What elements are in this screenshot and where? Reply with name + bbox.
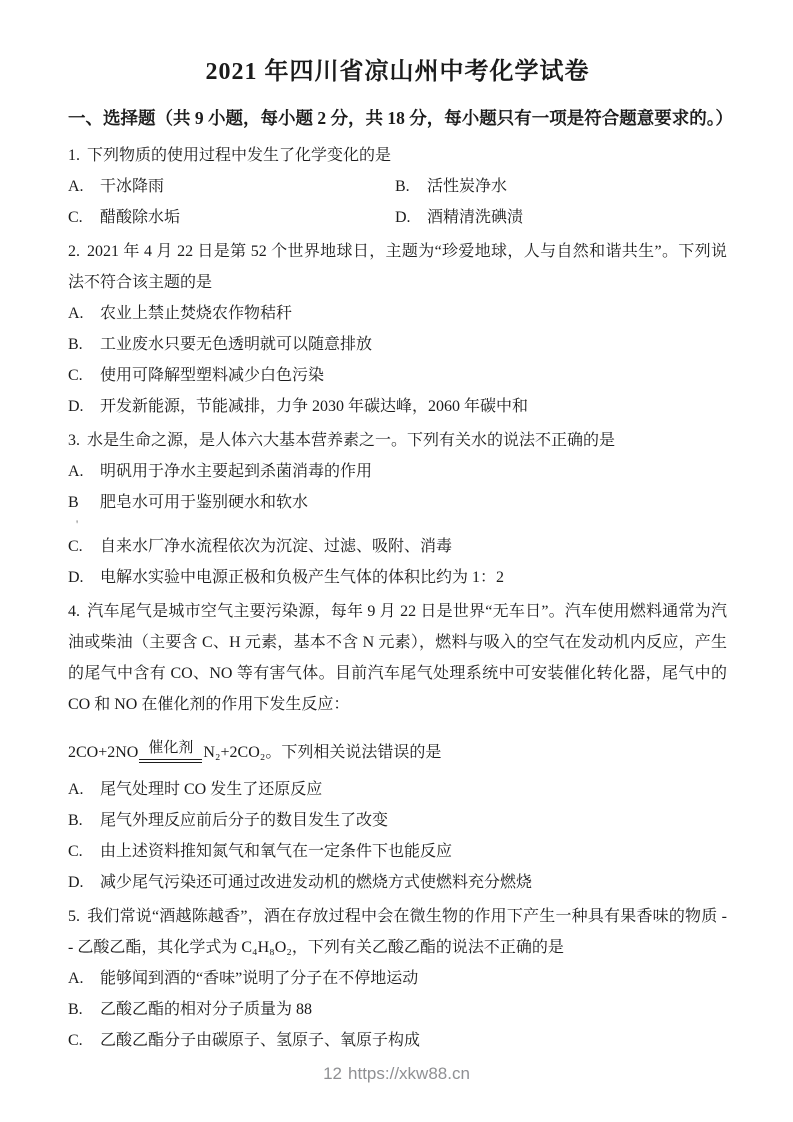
option-text: 尾气外理反应前后分子的数目发生了改变 — [100, 812, 388, 829]
question-3: 3.水是生命之源，是人体六大基本营养素之一。下列有关水的说法不正确的是 A.明矾… — [68, 425, 727, 593]
option-text: 由上述资料推知氮气和氧气在一定条件下也能反应 — [100, 843, 452, 860]
footer-url: https://xkw88.cn — [348, 1064, 470, 1083]
option-text: 明矾用于净水主要起到杀菌消毒的作用 — [100, 463, 372, 480]
equation-right: N₂+2CO₂。下列相关说法错误的是 — [203, 744, 441, 761]
question-2: 2.2021 年 4 月 22 日是第 52 个世界地球日，主题为“珍爱地球，人… — [68, 236, 727, 422]
question-number: 1. — [68, 147, 80, 164]
option-row: B.活性炭净水 — [395, 171, 727, 202]
page-number: 12 — [323, 1064, 342, 1083]
exam-page: 2021 年四川省凉山州中考化学试卷 一、选择题（共 9 小题，每小题 2 分，… — [0, 0, 793, 1122]
option-text: 工业废水只要无色透明就可以随意排放 — [100, 336, 372, 353]
option-row: B肥皂水可用于鉴别硬水和软水 — [68, 487, 727, 518]
question-stem: 5.我们常说“酒越陈越香”，酒在存放过程中会在微生物的作用下产生一种具有果香味的… — [68, 901, 727, 963]
option-row: C.醋酸除水垢 — [68, 202, 395, 233]
option-label: C. — [68, 836, 92, 867]
options-list: A.能够闻到酒的“香味”说明了分子在不停地运动 B.乙酸乙酯的相对分子质量为 8… — [68, 963, 727, 1056]
option-label: C. — [68, 202, 92, 233]
option-label: B. — [395, 171, 419, 202]
option-label: D. — [68, 391, 92, 422]
option-row: C.自来水厂净水流程依次为沉淀、过滤、吸附、消毒 — [68, 531, 727, 562]
option-row: D.开发新能源，节能减排，力争 2030 年碳达峰，2060 年碳中和 — [68, 391, 727, 422]
option-text: 活性炭净水 — [427, 178, 507, 195]
option-row: A.干冰降雨 — [68, 171, 395, 202]
equation-left: 2CO+2NO — [68, 744, 138, 761]
option-label: B. — [68, 805, 92, 836]
option-row: A.农业上禁止焚烧农作物秸秆 — [68, 298, 727, 329]
option-text: 农业上禁止焚烧农作物秸秆 — [100, 305, 292, 322]
question-stem-text: 2021 年 4 月 22 日是第 52 个世界地球日，主题为“珍爱地球，人与自… — [68, 243, 727, 291]
option-text: 减少尾气污染还可通过改进发动机的燃烧方式使燃料充分燃烧 — [100, 874, 532, 891]
question-stem-text: 水是生命之源，是人体六大基本营养素之一。下列有关水的说法不正确的是 — [87, 432, 615, 449]
option-row: A.尾气处理时 CO 发生了还原反应 — [68, 774, 727, 805]
question-stem-text: 汽车尾气是城市空气主要污染源，每年 9 月 22 日是世界“无车日”。汽车使用燃… — [68, 603, 727, 713]
option-row: D.减少尾气污染还可通过改进发动机的燃烧方式使燃料充分燃烧 — [68, 867, 727, 898]
option-row: C.使用可降解型塑料减少白色污染 — [68, 360, 727, 391]
options-list: A.农业上禁止焚烧农作物秸秆 B.工业废水只要无色透明就可以随意排放 C.使用可… — [68, 298, 727, 422]
question-stem: 1.下列物质的使用过程中发生了化学变化的是 — [68, 140, 727, 171]
question-stem-text: 我们常说“酒越陈越香”，酒在存放过程中会在微生物的作用下产生一种具有果香味的物质… — [68, 908, 727, 956]
question-number: 5. — [68, 908, 80, 925]
option-label: A. — [68, 456, 92, 487]
option-text: 干冰降雨 — [100, 178, 164, 195]
options-grid: A.干冰降雨 B.活性炭净水 C.醋酸除水垢 D.酒精清洗碘渍 — [68, 171, 727, 233]
section-header: 一、选择题（共 9 小题，每小题 2 分，共 18 分，每小题只有一项是符合题意… — [68, 103, 727, 134]
option-row: A.明矾用于净水主要起到杀菌消毒的作用 — [68, 456, 727, 487]
question-stem: 3.水是生命之源，是人体六大基本营养素之一。下列有关水的说法不正确的是 — [68, 425, 727, 456]
question-number: 4. — [68, 603, 80, 620]
option-label: A. — [68, 171, 92, 202]
option-label: A. — [68, 298, 92, 329]
option-text: 能够闻到酒的“香味”说明了分子在不停地运动 — [100, 970, 418, 987]
option-text: 尾气处理时 CO 发生了还原反应 — [100, 781, 322, 798]
option-label: D. — [68, 562, 92, 593]
option-text: 自来水厂净水流程依次为沉淀、过滤、吸附、消毒 — [100, 538, 452, 555]
option-label: B. — [68, 329, 92, 360]
option-label: C. — [68, 1025, 92, 1056]
option-row: C.乙酸乙酯分子由碳原子、氢原子、氧原子构成 — [68, 1025, 727, 1056]
option-label: A. — [68, 963, 92, 994]
option-row: D.酒精清洗碘渍 — [395, 202, 727, 233]
option-label: D. — [395, 202, 419, 233]
option-label: C. — [68, 360, 92, 391]
catalyst-condition: 催化剂 — [139, 739, 202, 763]
option-row: D.电解水实验中电源正极和负极产生气体的体积比约为 1：2 — [68, 562, 727, 593]
option-label: D. — [68, 867, 92, 898]
question-stem: 4.汽车尾气是城市空气主要污染源，每年 9 月 22 日是世界“无车日”。汽车使… — [68, 596, 727, 720]
question-stem: 2.2021 年 4 月 22 日是第 52 个世界地球日，主题为“珍爱地球，人… — [68, 236, 727, 298]
question-stem-text: 下列物质的使用过程中发生了化学变化的是 — [87, 147, 391, 164]
option-row: C.由上述资料推知氮气和氧气在一定条件下也能反应 — [68, 836, 727, 867]
page-title: 2021 年四川省凉山州中考化学试卷 — [68, 56, 727, 88]
option-text: 电解水实验中电源正极和负极产生气体的体积比约为 1：2 — [100, 569, 504, 586]
option-text: 醋酸除水垢 — [100, 209, 180, 226]
option-label: A. — [68, 774, 92, 805]
options-list: A.尾气处理时 CO 发生了还原反应 B.尾气外理反应前后分子的数目发生了改变 … — [68, 774, 727, 898]
option-text: 使用可降解型塑料减少白色污染 — [100, 367, 324, 384]
option-row: A.能够闻到酒的“香味”说明了分子在不停地运动 — [68, 963, 727, 994]
option-label: B. — [68, 994, 92, 1025]
option-text: 乙酸乙酯分子由碳原子、氢原子、氧原子构成 — [100, 1032, 420, 1049]
stray-mark: ' — [68, 518, 727, 531]
option-row: B.尾气外理反应前后分子的数目发生了改变 — [68, 805, 727, 836]
question-number: 2. — [68, 243, 80, 260]
page-footer: 12https://xkw88.cn — [0, 1064, 793, 1084]
option-label: B — [68, 487, 92, 518]
option-text: 开发新能源，节能减排，力争 2030 年碳达峰，2060 年碳中和 — [100, 398, 528, 415]
question-5: 5.我们常说“酒越陈越香”，酒在存放过程中会在微生物的作用下产生一种具有果香味的… — [68, 901, 727, 1056]
option-text: 酒精清洗碘渍 — [427, 209, 523, 226]
chemical-equation: 2CO+2NO催化剂N₂+2CO₂。下列相关说法错误的是 — [68, 723, 727, 768]
option-text: 乙酸乙酯的相对分子质量为 88 — [100, 1001, 312, 1018]
question-number: 3. — [68, 432, 80, 449]
option-label: C. — [68, 531, 92, 562]
option-text: 肥皂水可用于鉴别硬水和软水 — [100, 494, 308, 511]
option-row: B.乙酸乙酯的相对分子质量为 88 — [68, 994, 727, 1025]
question-4: 4.汽车尾气是城市空气主要污染源，每年 9 月 22 日是世界“无车日”。汽车使… — [68, 596, 727, 898]
question-1: 1.下列物质的使用过程中发生了化学变化的是 A.干冰降雨 B.活性炭净水 C.醋… — [68, 140, 727, 233]
options-list: A.明矾用于净水主要起到杀菌消毒的作用 B肥皂水可用于鉴别硬水和软水 ' C.自… — [68, 456, 727, 593]
option-row: B.工业废水只要无色透明就可以随意排放 — [68, 329, 727, 360]
